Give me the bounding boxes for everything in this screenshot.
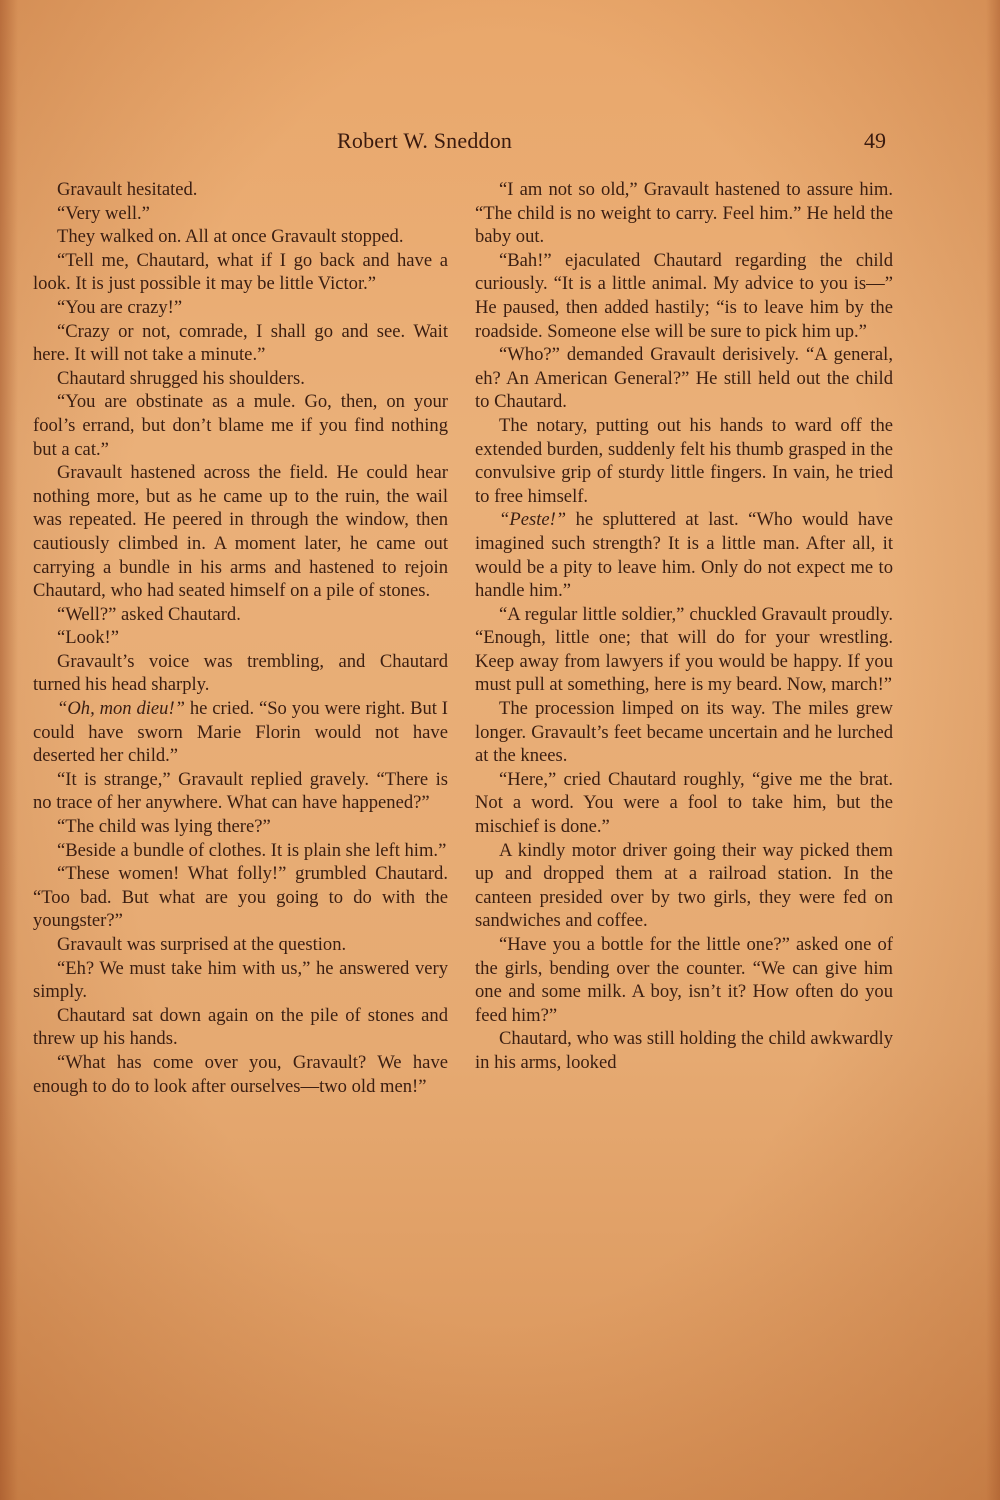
left-column: Gravault hesitated. “Very well.” They wa… xyxy=(33,178,448,1098)
paragraph: They walked on. All at once Gravault sto… xyxy=(33,225,448,249)
paragraph: “These women! What folly!” grumbled Chau… xyxy=(33,862,448,933)
paragraph: “It is strange,” Gravault replied gravel… xyxy=(33,768,448,815)
right-column: “I am not so old,” Gravault hastened to … xyxy=(475,178,893,1075)
paragraph: “Beside a bundle of clothes. It is plain… xyxy=(33,839,448,863)
paragraph: The notary, putting out his hands to war… xyxy=(475,414,893,508)
paragraph: “The child was lying there?” xyxy=(33,815,448,839)
paragraph: “Very well.” xyxy=(33,202,448,226)
paragraph: The procession limped on its way. The mi… xyxy=(475,697,893,768)
running-title: Robert W. Sneddon xyxy=(337,128,512,154)
italic-exclamation: “Peste!” xyxy=(499,509,566,530)
paragraph: Chautard shrugged his shoulders. xyxy=(33,367,448,391)
page-edge-shadow-left xyxy=(0,0,18,1500)
paragraph: “Bah!” ejaculated Chautard regarding the… xyxy=(475,249,893,343)
paragraph: “Tell me, Chautard, what if I go back an… xyxy=(33,249,448,296)
paragraph: “Have you a bottle for the little one?” … xyxy=(475,933,893,1027)
paragraph: Chautard, who was still holding the chil… xyxy=(475,1027,893,1074)
paragraph: Gravault hesitated. xyxy=(33,178,448,202)
paragraph: Gravault was surprised at the question. xyxy=(33,933,448,957)
running-head: Robert W. Sneddon 49 xyxy=(0,128,1000,160)
paragraph: “Here,” cried Chautard roughly, “give me… xyxy=(475,768,893,839)
paragraph: Gravault hastened across the field. He c… xyxy=(33,461,448,603)
paragraph: “Peste!” he spluttered at last. “Who wou… xyxy=(475,508,893,602)
page-number: 49 xyxy=(864,128,886,154)
paragraph: Chautard sat down again on the pile of s… xyxy=(33,1004,448,1051)
paragraph: “I am not so old,” Gravault hastened to … xyxy=(475,178,893,249)
page-edge-shadow-right xyxy=(986,0,1000,1500)
paragraph: “Crazy or not, comrade, I shall go and s… xyxy=(33,320,448,367)
paragraph: “Look!” xyxy=(33,626,448,650)
paragraph: “Eh? We must take him with us,” he answe… xyxy=(33,957,448,1004)
paragraph: “You are obstinate as a mule. Go, then, … xyxy=(33,390,448,461)
paragraph: “You are crazy!” xyxy=(33,296,448,320)
paragraph: “A regular little soldier,” chuckled Gra… xyxy=(475,603,893,697)
paragraph: “Well?” asked Chautard. xyxy=(33,603,448,627)
paragraph: Gravault’s voice was trembling, and Chau… xyxy=(33,650,448,697)
paragraph: A kindly motor driver going their way pi… xyxy=(475,839,893,933)
paragraph: “Who?” demanded Gravault derisively. “A … xyxy=(475,343,893,414)
paragraph: “Oh, mon dieu!” he cried. “So you were r… xyxy=(33,697,448,768)
paragraph: “What has come over you, Gravault? We ha… xyxy=(33,1051,448,1098)
italic-exclamation: “Oh, mon dieu!” xyxy=(57,698,185,719)
